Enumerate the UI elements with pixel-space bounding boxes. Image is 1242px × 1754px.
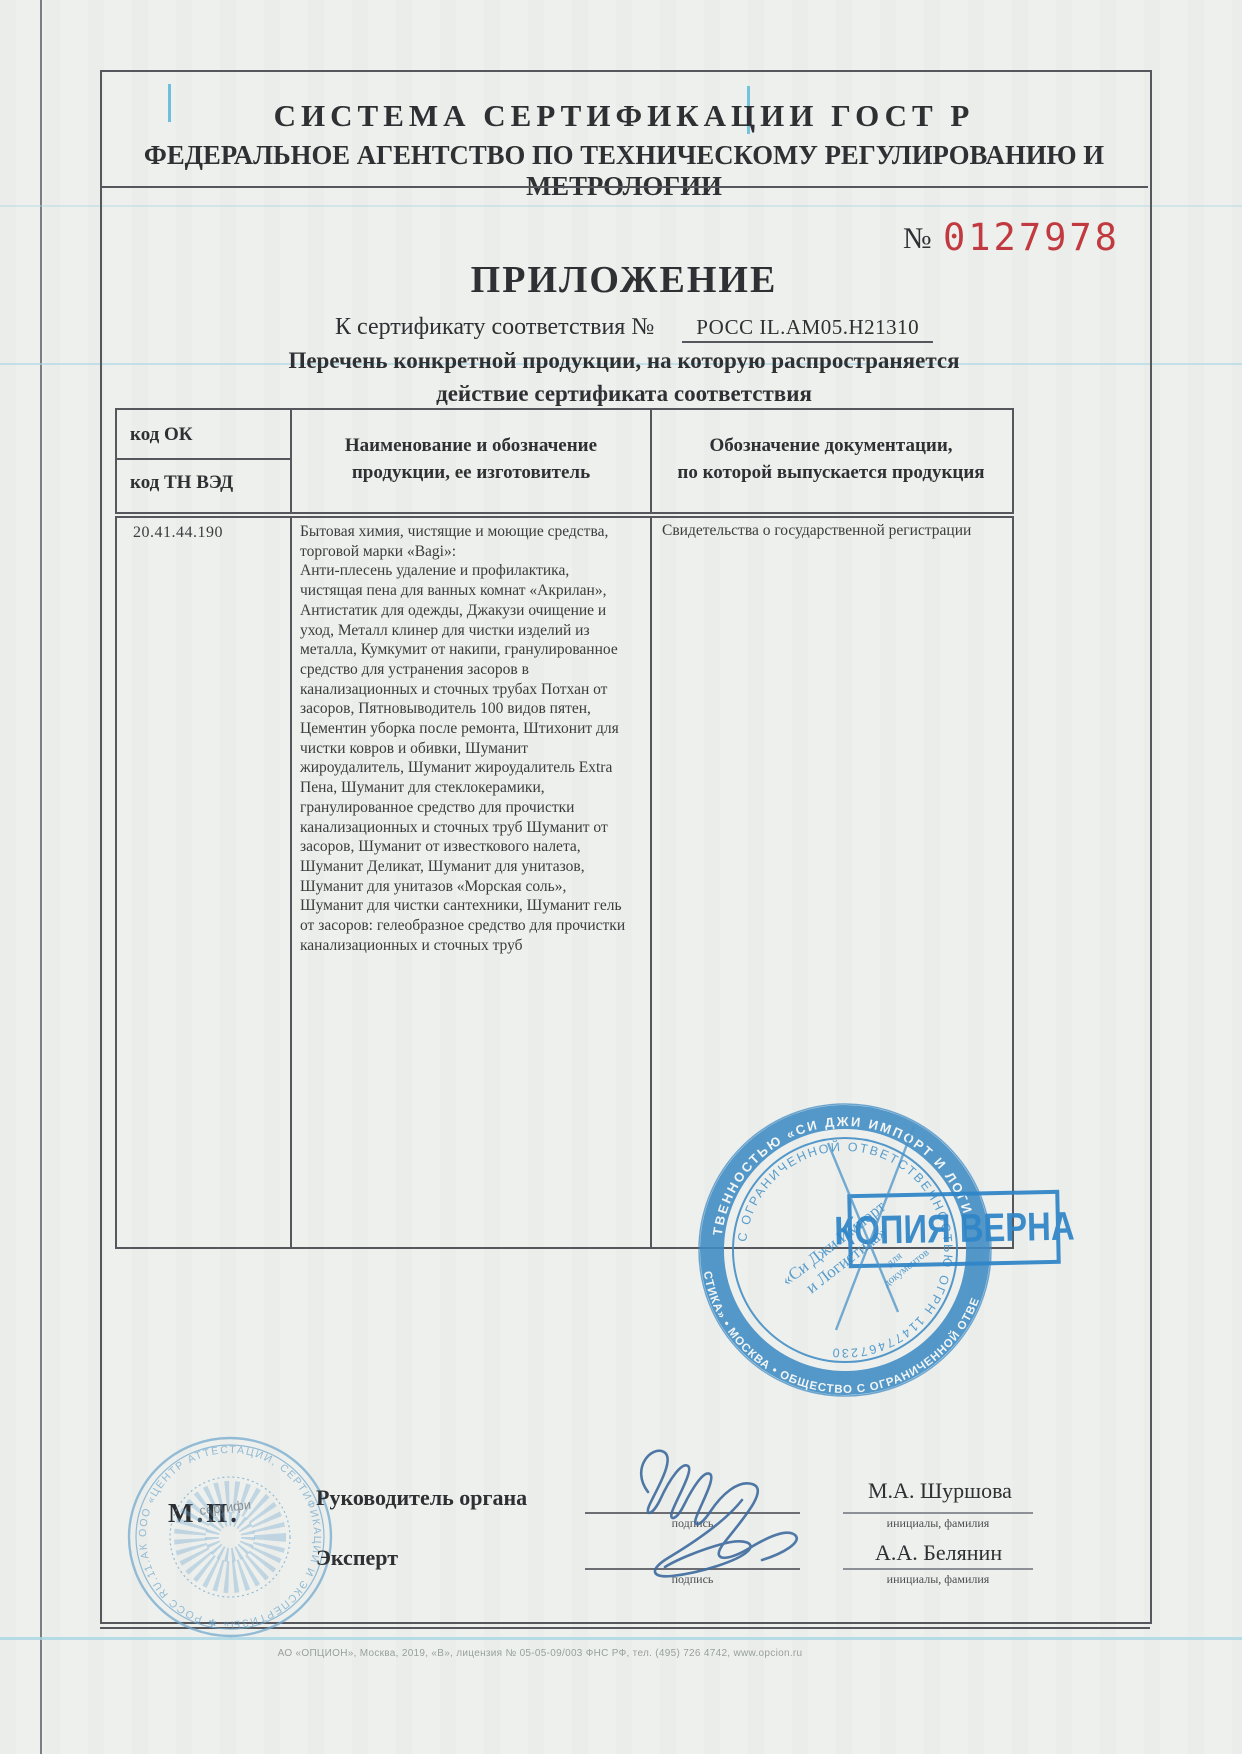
expert-signature-stroke xyxy=(655,1500,751,1576)
stamp-pen-slash-1 xyxy=(836,1126,914,1330)
stamp-pen-slash-2 xyxy=(828,1143,898,1312)
print-house-info: АО «ОПЦИОН», Москва, 2019, «В», лицензия… xyxy=(240,1648,840,1659)
handwritten-signatures-icon xyxy=(0,0,1242,1754)
